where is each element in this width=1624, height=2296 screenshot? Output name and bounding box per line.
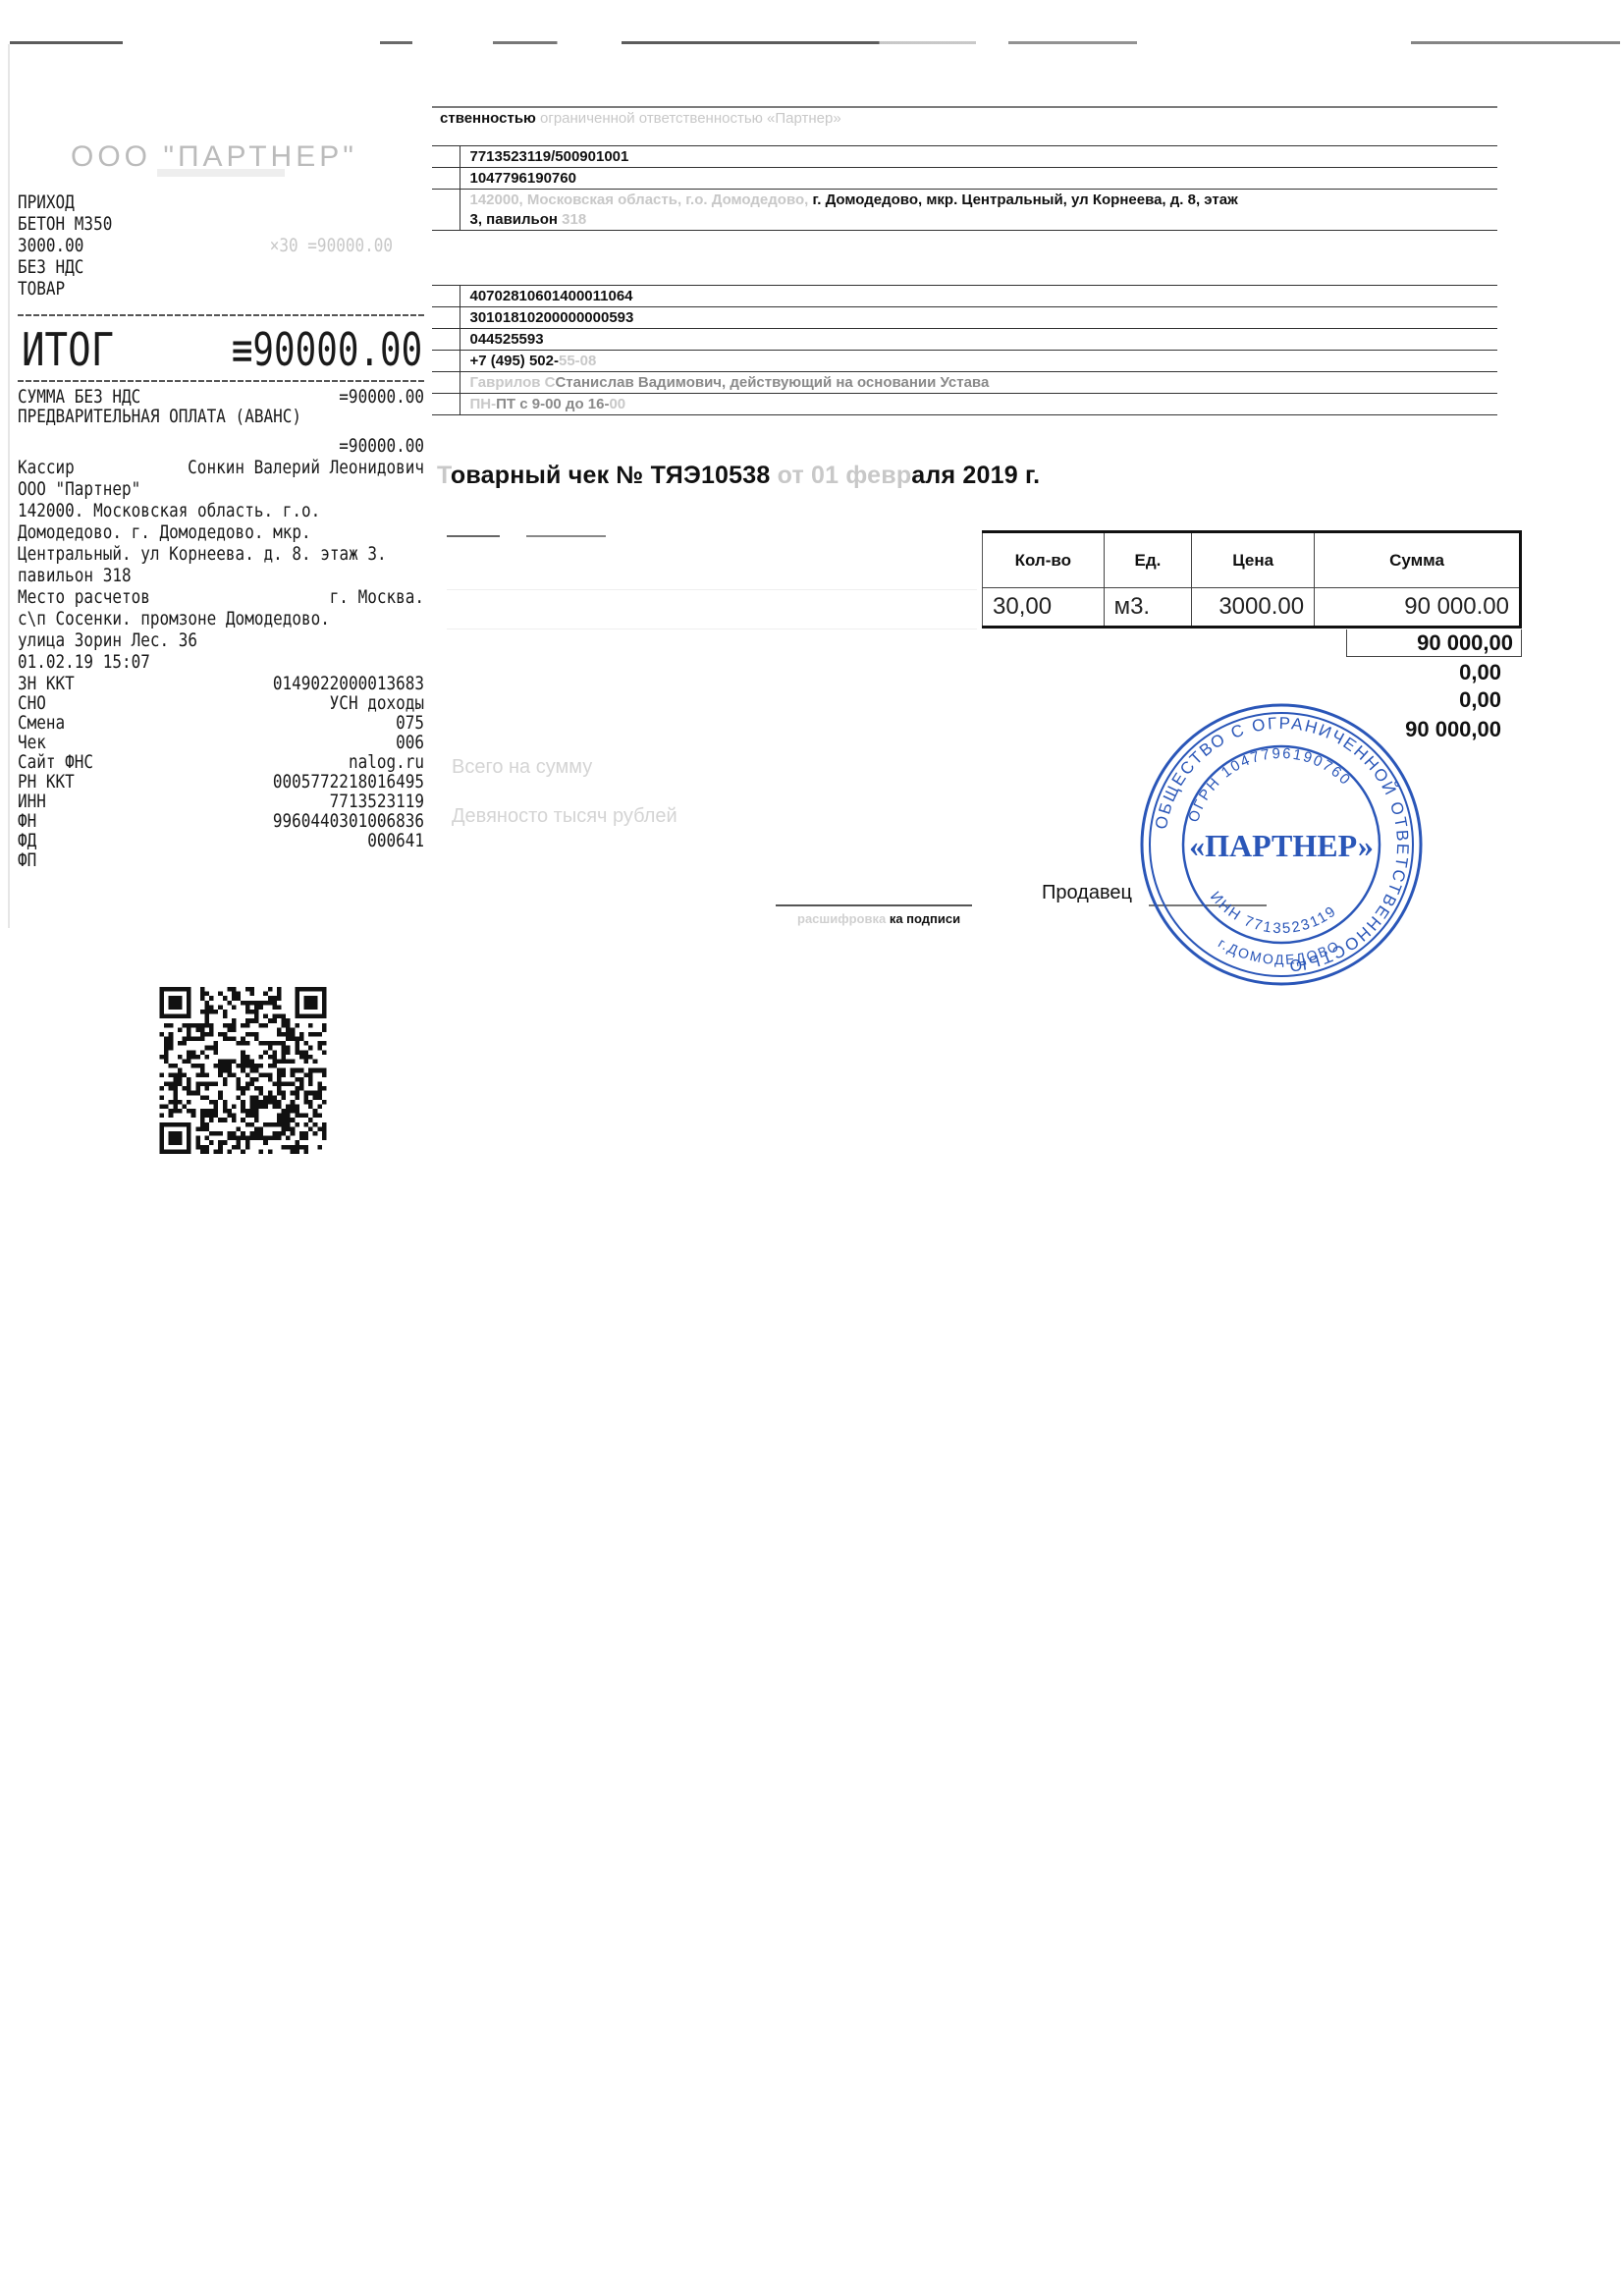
sum-no-vat-value: =90000.00 <box>339 388 424 406</box>
fiscal-value: 0005772218016495 <box>273 773 424 791</box>
fiscal-label: РН ККТ <box>18 773 75 791</box>
divider <box>432 106 1497 108</box>
prepayment-value: =90000.00 <box>339 437 424 455</box>
place-line: улица Зорин Лес. 36 <box>18 631 197 649</box>
receipt-line-amount-faded: ×30 =90000.00 <box>270 237 393 254</box>
company-stamp-icon: ОБЩЕСТВО С ОГРАНИЧЕННОЙ ОТВЕТСТВЕННОСТЬЮ… <box>1134 697 1429 992</box>
place-line: с\п Сосенки. промзоне Домодедово. <box>18 610 330 628</box>
column-header-qty: Кол-во <box>983 532 1105 588</box>
fiscal-label: ИНН <box>18 793 46 810</box>
hours-value: ПН-ПТ с 9-00 до 16-00 <box>460 394 1497 415</box>
requisite-row-inn-kpp: 7713523119/500901001 <box>432 146 1497 168</box>
svg-text:ИНН 7713523119: ИНН 7713523119 <box>1207 889 1340 937</box>
company-full-name: ственностью ограниченной ответственность… <box>440 110 841 127</box>
cell-qty: 30,00 <box>983 588 1105 628</box>
requisite-row-account: 40702810601400011064 <box>432 286 1497 307</box>
cash-receipt: ООО "ПАРТНЕР" ПРИХОД БЕТОН М350 3000.00 … <box>10 44 432 933</box>
fiscal-label: ЗН ККТ <box>18 675 75 692</box>
fiscal-value: 000641 <box>367 832 424 849</box>
table-row: 30,00 м3. 3000.00 90 000.00 <box>983 588 1521 628</box>
corr-account-value: 30101810200000000593 <box>460 307 1497 329</box>
invoice-title: Товарный чек № ТЯЭ10538 от 01 февраля 20… <box>437 462 1040 490</box>
fiscal-value: 9960440301006836 <box>273 812 424 830</box>
address-line: Центральный. ул Корнеева. д. 8. этаж 3. <box>18 545 387 563</box>
requisites-table-bottom: 40702810601400011064 3010181020000000059… <box>432 285 1497 415</box>
requisite-row-director: Гаврилов ССтанислав Вадимович, действующ… <box>432 372 1497 394</box>
address-line: Домодедово. г. Домодедово. мкр. <box>18 523 311 541</box>
fiscal-value: 075 <box>396 714 424 732</box>
inn-kpp-value: 7713523119/500901001 <box>460 146 1497 168</box>
items-header-row: Кол-во Ед. Цена Сумма <box>983 532 1521 588</box>
totals-line-3: 0,00 <box>1459 687 1501 713</box>
address-value: 142000, Московская область, г.о. Домодед… <box>460 190 1497 231</box>
amount-in-words-faded: Девяносто тысяч рублей <box>452 805 677 828</box>
requisite-row-corr-account: 30101810200000000593 <box>432 307 1497 329</box>
svg-text:«ПАРТНЕР»: «ПАРТНЕР» <box>1189 828 1374 863</box>
cashier-name: Сонкин Валерий Леонидович <box>188 459 424 476</box>
bik-value: 044525593 <box>460 329 1497 351</box>
receipt-vat: БЕЗ НДС <box>18 258 83 276</box>
column-header-sum: Сумма <box>1315 532 1521 588</box>
receipt-org: ООО "Партнер" <box>18 480 140 498</box>
place-value: г. Москва. <box>330 588 424 606</box>
divider <box>447 589 977 590</box>
place-label: Место расчетов <box>18 588 150 606</box>
receipt-total-label: ИТОГ <box>22 327 114 372</box>
requisite-row-bik: 044525593 <box>432 329 1497 351</box>
fiscal-label: ФД <box>18 832 36 849</box>
address-line: павильон 318 <box>18 567 132 584</box>
requisites-table-top: 7713523119/500901001 1047796190760 14200… <box>432 145 1497 231</box>
fiscal-label: СНО <box>18 694 46 712</box>
cashier-label: Кассир <box>18 459 75 476</box>
signature-line <box>579 904 972 906</box>
fiscal-label: ФН <box>18 812 36 830</box>
fiscal-value: 006 <box>396 734 424 751</box>
ogrn-value: 1047796190760 <box>460 168 1497 190</box>
director-value: Гаврилов ССтанислав Вадимович, действующ… <box>460 372 1497 394</box>
receipt-unit-price: 3000.00 <box>18 237 83 254</box>
receipt-total-value: ≡90000.00 <box>232 327 422 372</box>
requisite-row-phone: +7 (495) 502-55-08 <box>432 351 1497 372</box>
fiscal-label: Сайт ФНС <box>18 753 93 771</box>
requisite-row-address: 142000, Московская область, г.о. Домодед… <box>432 190 1497 231</box>
cell-price: 3000.00 <box>1192 588 1315 628</box>
receipt-product: БЕТОН М350 <box>18 215 112 233</box>
address-line: 142000. Московская область. г.о. <box>18 502 320 519</box>
requisite-row-ogrn: 1047796190760 <box>432 168 1497 190</box>
fiscal-value: 7713523119 <box>330 793 424 810</box>
fiscal-label: Смена <box>18 714 65 732</box>
divider <box>447 535 977 537</box>
seller-label: Продавец <box>1042 882 1132 904</box>
total-value: 90 000,00 <box>1346 629 1522 657</box>
fiscal-value: nalog.ru <box>349 753 424 771</box>
fiscal-label: Чек <box>18 734 46 751</box>
qr-code-icon <box>157 987 329 1154</box>
cell-sum: 90 000.00 <box>1315 588 1521 628</box>
fiscal-value: УСН доходы <box>330 694 424 712</box>
fiscal-value: 0149022000013683 <box>273 675 424 692</box>
requisite-row-hours: ПН-ПТ с 9-00 до 16-00 <box>432 394 1497 415</box>
receipt-operation: ПРИХОД <box>18 193 75 211</box>
fiscal-label: ФП <box>18 851 36 869</box>
column-header-unit: Ед. <box>1104 532 1192 588</box>
totals-line-2: 0,00 <box>1459 660 1501 685</box>
divider <box>18 314 425 316</box>
receipt-item-type: ТОВАР <box>18 280 65 298</box>
divider <box>447 629 977 629</box>
signature-caption: расшифровка ка подписи <box>797 911 960 926</box>
cell-unit: м3. <box>1104 588 1192 628</box>
sum-no-vat-label: СУММА БЕЗ НДС <box>18 388 140 406</box>
receipt-datetime: 01.02.19 15:07 <box>18 653 150 671</box>
divider <box>18 380 425 382</box>
column-header-price: Цена <box>1192 532 1315 588</box>
account-value: 40702810601400011064 <box>460 286 1497 307</box>
items-table: Кол-во Ед. Цена Сумма 30,00 м3. 3000.00 … <box>982 530 1522 629</box>
phone-value: +7 (495) 502-55-08 <box>460 351 1497 372</box>
amount-label-faded: Всего на сумму <box>452 756 592 779</box>
prepayment-label: ПРЕДВАРИТЕЛЬНАЯ ОПЛАТА (АВАНС) <box>18 408 301 425</box>
